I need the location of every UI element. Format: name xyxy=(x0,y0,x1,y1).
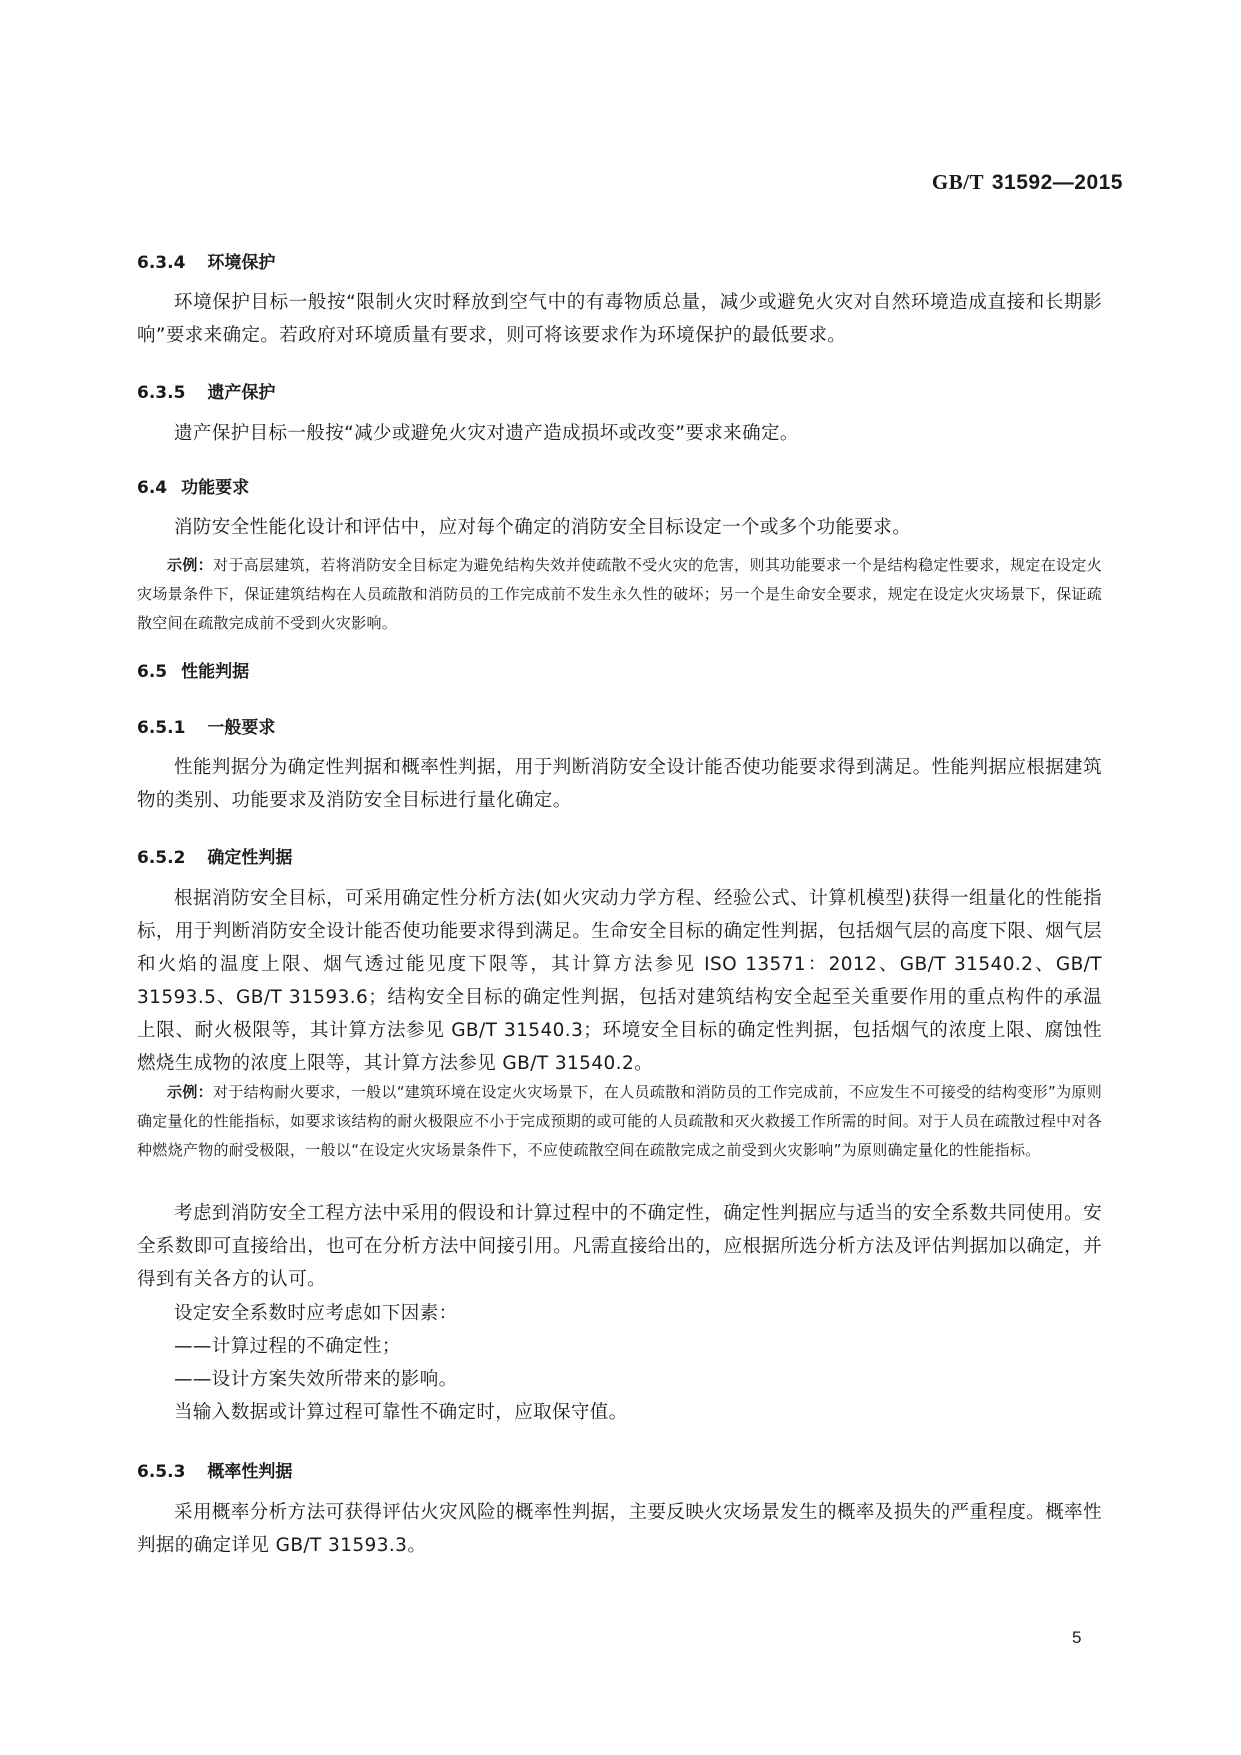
section-number: 6.3.5 xyxy=(137,383,185,403)
paragraph-environment-protection: 环境保护目标一般按“限制火灾时释放到空气中的有毒物质总量，减少或避免火灾对自然环… xyxy=(137,286,1102,352)
paragraph-general-requirements: 性能判据分为确定性判据和概率性判据，用于判断消防安全设计能否使功能要求得到满足。… xyxy=(137,751,1102,817)
section-number: 6.5 xyxy=(137,662,167,682)
section-number: 6.3.4 xyxy=(137,253,185,273)
section-title: 一般要求 xyxy=(207,718,275,738)
list-item-factor: ——计算过程的不确定性； xyxy=(174,1330,401,1363)
section-number: 6.5.1 xyxy=(137,718,185,738)
section-number: 6.4 xyxy=(137,478,167,498)
paragraph-heritage-protection: 遗产保护目标一般按“减少或避免火灾对遗产造成损坏或改变”要求来确定。 xyxy=(137,417,1102,450)
paragraph-deterministic-criteria: 根据消防安全目标，可采用确定性分析方法(如火灾动力学方程、经验公式、计算机模型)… xyxy=(137,882,1102,1080)
section-title: 遗产保护 xyxy=(207,383,275,403)
section-title: 性能判据 xyxy=(181,662,249,682)
heading-6-3-5: 6.3.5遗产保护 xyxy=(137,378,275,403)
section-title: 概率性判据 xyxy=(207,1462,292,1482)
example-label: 示例： xyxy=(167,556,213,574)
section-title: 环境保护 xyxy=(207,253,275,273)
conservative-value-note: 当输入数据或计算过程可靠性不确定时，应取保守值。 xyxy=(174,1396,628,1429)
paragraph-safety-factor: 考虑到消防安全工程方法中采用的假设和计算过程中的不确定性，确定性判据应与适当的安… xyxy=(137,1197,1102,1296)
standard-number: 31592—2015 xyxy=(992,171,1123,194)
example-text: 对于高层建筑，若将消防安全目标定为避免结构失效并使疏散不受火灾的危害，则其功能要… xyxy=(137,556,1102,632)
paragraph-probabilistic-criteria: 采用概率分析方法可获得评估火灾风险的概率性判据，主要反映火灾场景发生的概率及损失… xyxy=(137,1496,1102,1562)
section-number: 6.5.2 xyxy=(137,848,185,868)
safety-factor-intro: 设定安全系数时应考虑如下因素： xyxy=(174,1297,458,1330)
list-item-factor: ——设计方案失效所带来的影响。 xyxy=(174,1363,458,1396)
standard-prefix: GB/T xyxy=(932,170,984,194)
section-number: 6.5.3 xyxy=(137,1462,185,1482)
page-number: 5 xyxy=(1072,1628,1081,1648)
example-label: 示例： xyxy=(167,1083,213,1101)
heading-6-5-1: 6.5.1一般要求 xyxy=(137,713,275,738)
example-functional-requirements: 示例：对于高层建筑，若将消防安全目标定为避免结构失效并使疏散不受火灾的危害，则其… xyxy=(137,551,1102,638)
page-header-standard-code: GB/T 31592—2015 xyxy=(932,170,1123,195)
heading-6-3-4: 6.3.4环境保护 xyxy=(137,248,275,273)
heading-6-5: 6.5性能判据 xyxy=(137,657,249,682)
heading-6-4: 6.4功能要求 xyxy=(137,473,249,498)
paragraph-functional-requirements: 消防安全性能化设计和评估中，应对每个确定的消防安全目标设定一个或多个功能要求。 xyxy=(137,511,1102,544)
example-text: 对于结构耐火要求，一般以“建筑环境在设定火灾场景下，在人员疏散和消防员的工作完成… xyxy=(137,1083,1102,1159)
section-title: 确定性判据 xyxy=(207,848,292,868)
section-title: 功能要求 xyxy=(181,478,249,498)
heading-6-5-3: 6.5.3概率性判据 xyxy=(137,1457,292,1482)
heading-6-5-2: 6.5.2确定性判据 xyxy=(137,843,292,868)
example-deterministic-criteria: 示例：对于结构耐火要求，一般以“建筑环境在设定火灾场景下，在人员疏散和消防员的工… xyxy=(137,1078,1102,1165)
